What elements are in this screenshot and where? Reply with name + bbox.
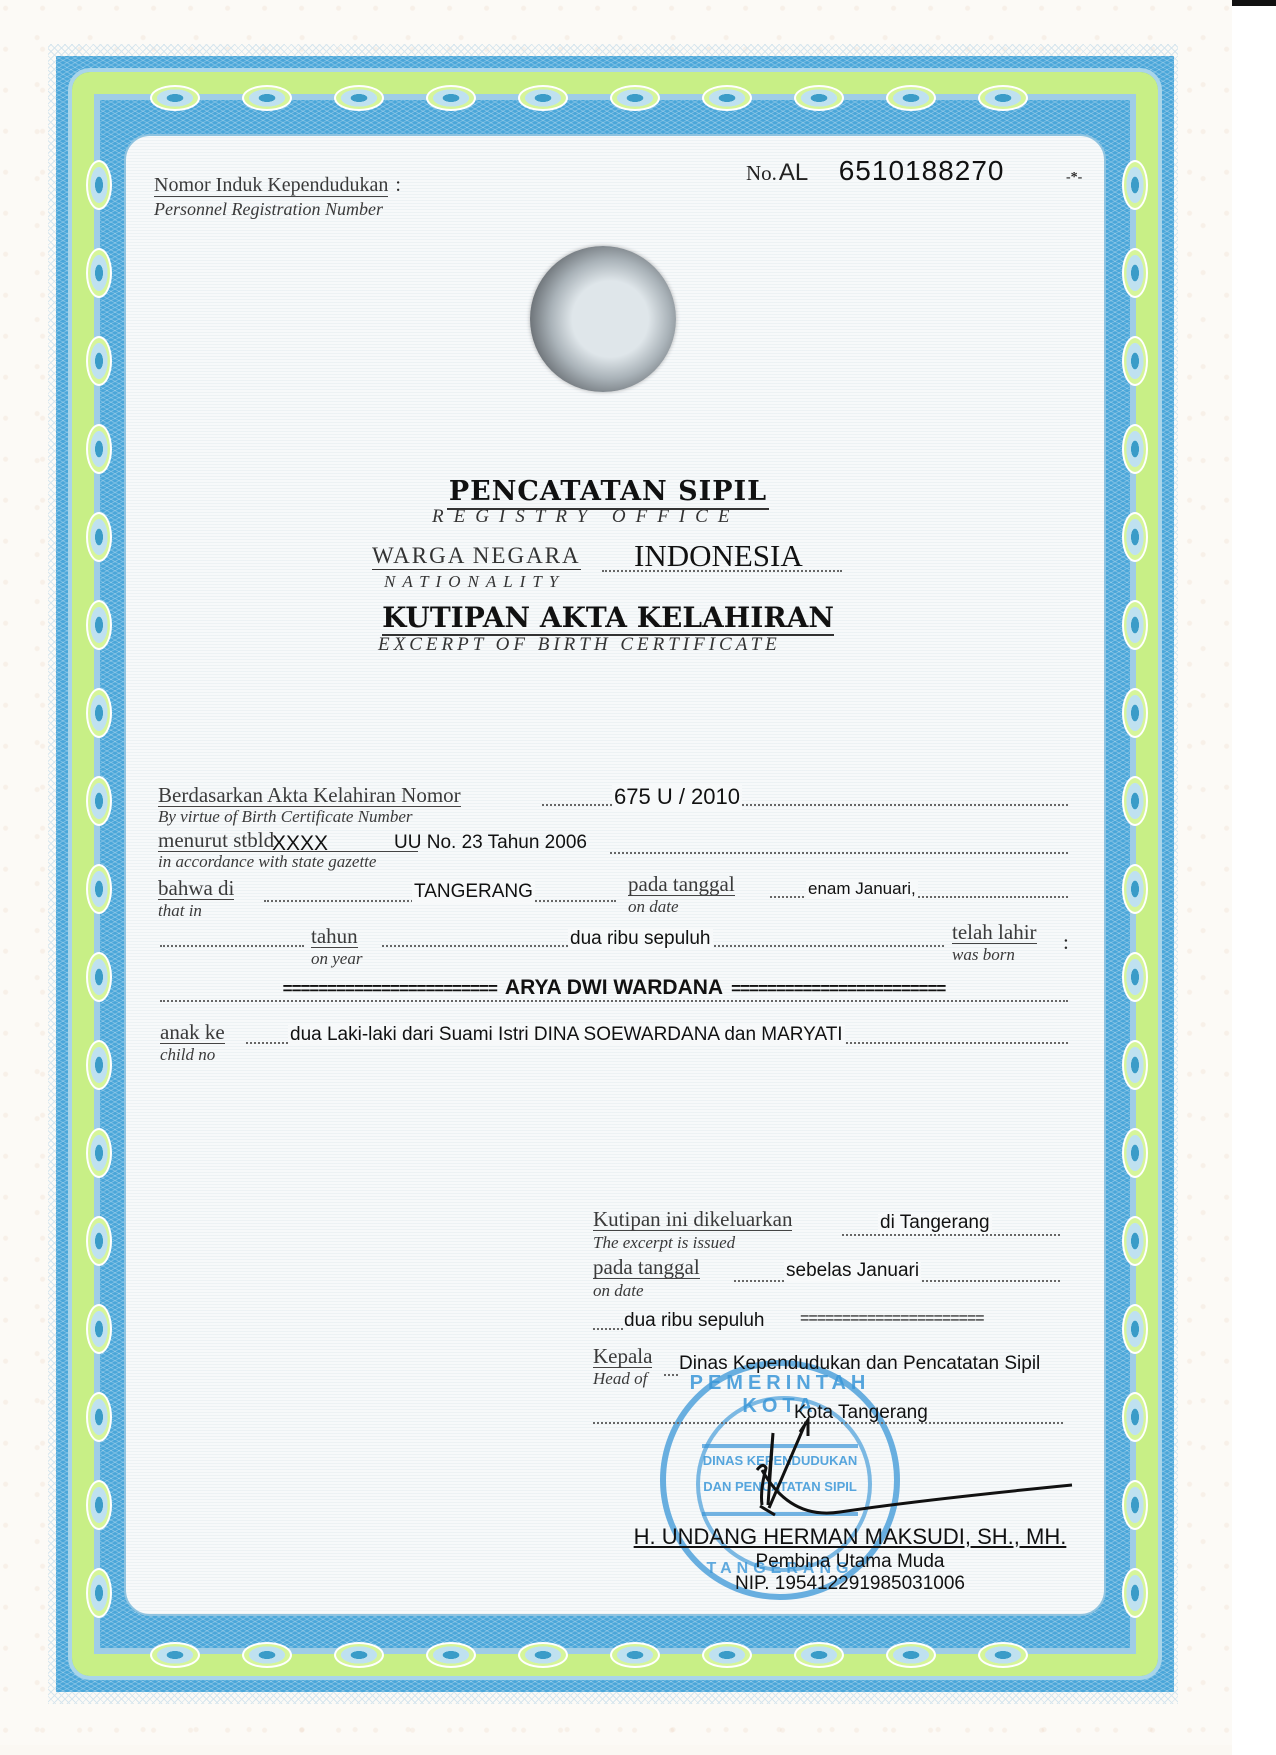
issued-place: di Tangerang xyxy=(878,1212,992,1234)
border-motif xyxy=(242,1642,292,1668)
child-name: ARYA DWI WARDANA xyxy=(505,976,723,999)
place-label-en: that in xyxy=(158,902,202,920)
issue-date-value: sebelas Januari xyxy=(784,1260,921,1282)
child-no-label-en: child no xyxy=(160,1046,215,1064)
number-prefix: No. xyxy=(746,161,777,185)
border-motif xyxy=(1122,1128,1148,1178)
place-label: bahwa di xyxy=(158,877,234,900)
nik-label: Nomor Induk Kependudukan xyxy=(154,174,388,197)
border-motif xyxy=(794,1642,844,1668)
border-motif xyxy=(86,1216,112,1266)
border-motif xyxy=(86,1304,112,1354)
number-value: 6510188270 xyxy=(839,155,1005,186)
border-motif xyxy=(86,1128,112,1178)
stamp-line-2: DAN PENCATATAN SIPIL xyxy=(702,1474,858,1500)
registry-title-en: REGISTRY OFFICE xyxy=(432,506,739,528)
document-title-group: KUTIPAN AKTA KELAHIRAN xyxy=(0,601,1216,634)
birth-year-value: dua ribu sepuluh xyxy=(568,928,713,950)
born-label-en: was born xyxy=(952,946,1015,964)
gazette-label-en: in accordance with state gazette xyxy=(158,853,376,871)
birth-year-label: tahun xyxy=(311,925,358,948)
issue-date-label: pada tanggal xyxy=(593,1256,700,1279)
border-motif xyxy=(1122,688,1148,738)
border-motif xyxy=(610,85,660,111)
document-title: KUTIPAN AKTA KELAHIRAN xyxy=(382,601,834,636)
border-motif xyxy=(86,1040,112,1090)
border-motif xyxy=(426,85,476,111)
nationality-value: INDONESIA xyxy=(634,538,803,574)
issue-year-value: dua ribu sepuluh xyxy=(624,1310,765,1332)
stamp-center: DINAS KEPENDUDUKAN DAN PENCATATAN SIPIL xyxy=(702,1444,858,1516)
border-motif xyxy=(794,85,844,111)
official-rank: Pembina Utama Muda xyxy=(624,1551,1076,1573)
registry-title-group: PENCATATAN SIPIL xyxy=(0,476,1216,507)
name-dots xyxy=(160,1000,1068,1002)
city-value: Kota Tangerang xyxy=(794,1402,928,1424)
asterisk-mark: -*- xyxy=(1066,170,1082,186)
child-no-value: dua Laki-laki dari Suami Istri DINA SOEW… xyxy=(288,1024,845,1046)
issue-date-label-en: on date xyxy=(593,1282,644,1300)
border-motif xyxy=(702,1642,752,1668)
border-motif xyxy=(1122,1216,1148,1266)
border-motif xyxy=(1122,512,1148,562)
child-no-label: anak ke xyxy=(160,1021,225,1044)
nationality-label-en: NATIONALITY xyxy=(384,572,565,592)
border-motif xyxy=(150,85,200,111)
birth-date-value: enam Januari, xyxy=(806,879,918,899)
nationality-label: WARGA NEGARA xyxy=(372,543,581,570)
nik-label-group: Nomor Induk Kependudukan : Personnel Reg… xyxy=(154,174,401,218)
official-nip: NIP. 195412291985031006 xyxy=(624,1573,1076,1595)
border-motif xyxy=(1122,864,1148,914)
gazette-value: UU No. 23 Tahun 2006 xyxy=(394,832,587,854)
birth-year-label-en: on year xyxy=(311,950,362,968)
office-value: Dinas Kependudukan dan Pencatatan Sipil xyxy=(679,1353,1040,1375)
border-motif xyxy=(426,1642,476,1668)
border-motif xyxy=(518,1642,568,1668)
border-motif xyxy=(518,85,568,111)
border-motif xyxy=(1122,160,1148,210)
scan-background xyxy=(1232,0,1276,1755)
child-name-row: ======================== ARYA DWI WARDAN… xyxy=(160,976,1068,1000)
nik-colon: : xyxy=(395,174,401,196)
head-label-en: Head of xyxy=(593,1370,647,1388)
official-block: H. UNDANG HERMAN MAKSUDI, SH., MH. Pembi… xyxy=(624,1524,1076,1595)
border-motif xyxy=(334,1642,384,1668)
border-motif xyxy=(86,512,112,562)
issued-label: Kutipan ini dikeluarkan xyxy=(593,1208,792,1231)
number-series: AL xyxy=(779,159,808,186)
issue-year-fill: ====================== xyxy=(800,1310,984,1328)
hologram-seal xyxy=(530,246,676,392)
name-fill-right: ======================== xyxy=(731,979,945,998)
border-motif xyxy=(334,85,384,111)
office-dots xyxy=(664,1374,678,1376)
border-motif xyxy=(86,160,112,210)
border-motif xyxy=(1122,1568,1148,1618)
born-colon: : xyxy=(1063,930,1069,955)
cert-number-label-en: By virtue of Birth Certificate Number xyxy=(158,808,413,826)
border-motif xyxy=(86,952,112,1002)
gazette-dots xyxy=(610,852,1068,854)
border-motif xyxy=(1122,1480,1148,1530)
border-motif xyxy=(1122,424,1148,474)
issued-place-dots xyxy=(842,1234,1060,1236)
border-motif xyxy=(86,776,112,826)
place-value: TANGERANG xyxy=(412,881,535,903)
issued-label-en: The excerpt is issued xyxy=(593,1234,735,1252)
border-motif xyxy=(86,248,112,298)
border-motif xyxy=(1122,952,1148,1002)
border-motif xyxy=(150,1642,200,1668)
border-motif xyxy=(978,85,1028,111)
border-motif xyxy=(886,85,936,111)
registry-title: PENCATATAN SIPIL xyxy=(447,476,769,510)
border-motif xyxy=(1122,1304,1148,1354)
border-motif xyxy=(702,85,752,111)
nik-label-en: Personnel Registration Number xyxy=(154,200,401,218)
border-motif xyxy=(1122,1040,1148,1090)
border-motif xyxy=(978,1642,1028,1668)
border-motif xyxy=(1122,248,1148,298)
border-motif xyxy=(886,1642,936,1668)
border-motif xyxy=(86,688,112,738)
border-motif xyxy=(86,336,112,386)
border-motif xyxy=(86,1392,112,1442)
name-fill-left: ======================== xyxy=(283,979,497,998)
border-motif xyxy=(1122,1392,1148,1442)
issue-year-dots xyxy=(593,1328,623,1330)
scan-edge xyxy=(1232,0,1276,6)
certificate-number: No.AL 6510188270 xyxy=(746,155,1004,187)
border-motif xyxy=(86,424,112,474)
document-title-en: EXCERPT OF BIRTH CERTIFICATE xyxy=(378,634,781,656)
birth-date-label: pada tanggal xyxy=(628,873,735,896)
cert-number-value: 675 U / 2010 xyxy=(612,784,742,810)
border-motif xyxy=(86,1568,112,1618)
cert-number-label: Berdasarkan Akta Kelahiran Nomor xyxy=(158,784,461,807)
border-motif xyxy=(86,1480,112,1530)
stamp-line-1: DINAS KEPENDUDUKAN xyxy=(702,1448,858,1474)
border-motif xyxy=(242,85,292,111)
border-motif xyxy=(1122,336,1148,386)
born-label: telah lahir xyxy=(952,921,1037,944)
official-name: H. UNDANG HERMAN MAKSUDI, SH., MH. xyxy=(624,1524,1076,1550)
border-motif xyxy=(610,1642,660,1668)
year-pre-dots xyxy=(160,945,304,947)
border-motif xyxy=(1122,776,1148,826)
border-motif xyxy=(86,864,112,914)
birth-date-label-en: on date xyxy=(628,898,679,916)
head-label: Kepala xyxy=(593,1345,652,1368)
